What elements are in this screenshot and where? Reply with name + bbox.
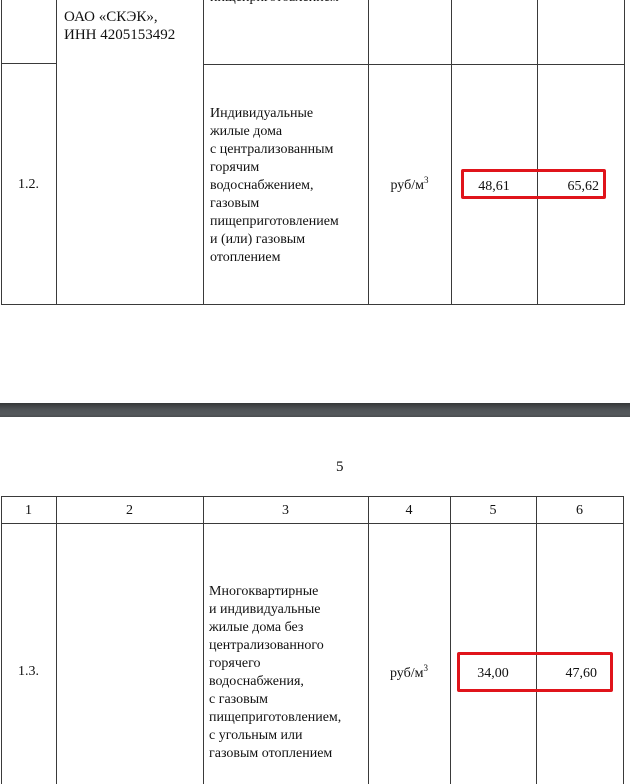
table-col-divider bbox=[451, 0, 452, 304]
description-line: газовым отоплением bbox=[209, 745, 332, 763]
description-line: Индивидуальные bbox=[210, 105, 313, 123]
prev-row-description-tail: пищеприготовлением bbox=[210, 0, 339, 7]
table-col-divider bbox=[203, 0, 204, 304]
header-col-2: 2 bbox=[56, 502, 203, 520]
table-col-divider bbox=[450, 496, 451, 784]
description-line: горячего bbox=[209, 655, 260, 673]
header-col-3: 3 bbox=[203, 502, 368, 520]
description-line: и (или) газовым bbox=[210, 231, 305, 249]
table-border-left bbox=[1, 496, 2, 784]
table-col-divider bbox=[536, 496, 537, 784]
table-col-divider bbox=[56, 496, 57, 784]
description-line: отоплением bbox=[210, 249, 281, 267]
table-border-left bbox=[1, 0, 2, 304]
document-page-top: пищеприготовлением ОАО «СКЭК», ИНН 42051… bbox=[0, 0, 630, 403]
unit-cell: руб/м3 bbox=[368, 177, 451, 195]
description-line: с централизованным bbox=[210, 141, 333, 159]
unit-label: руб/м bbox=[390, 178, 424, 193]
organization-inn: ИНН 4205153492 bbox=[64, 26, 175, 44]
description-line: Многоквартирные bbox=[209, 583, 318, 601]
row-divider bbox=[1, 63, 56, 64]
unit-superscript: 3 bbox=[424, 663, 429, 673]
unit-superscript: 3 bbox=[424, 175, 429, 185]
table-col-divider bbox=[537, 0, 538, 304]
description-line: горячим bbox=[210, 159, 259, 177]
table-border-right bbox=[624, 0, 625, 304]
table-border-top bbox=[1, 496, 624, 497]
page-separator bbox=[0, 403, 630, 417]
header-divider bbox=[1, 523, 624, 524]
header-col-4: 4 bbox=[368, 502, 450, 520]
page-number: 5 bbox=[336, 459, 344, 476]
highlight-box bbox=[461, 169, 606, 199]
description-line: жилые дома без bbox=[209, 619, 303, 637]
unit-label: руб/м bbox=[390, 666, 424, 681]
table-col-divider bbox=[368, 0, 369, 304]
description-line: жилые дома bbox=[210, 123, 282, 141]
table-col-divider bbox=[203, 496, 204, 784]
row-number: 1.2. bbox=[1, 176, 56, 194]
description-line: газовым bbox=[210, 195, 259, 213]
description-line: с угольным или bbox=[209, 727, 303, 745]
table-col-divider bbox=[56, 0, 57, 304]
highlight-box bbox=[457, 652, 613, 692]
header-col-1: 1 bbox=[1, 502, 56, 520]
table-col-divider bbox=[368, 496, 369, 784]
row-number: 1.3. bbox=[1, 663, 56, 681]
table-border-bottom bbox=[1, 304, 625, 305]
description-line: пищеприготовлением, bbox=[209, 709, 341, 727]
description-line: водоснабжения, bbox=[209, 673, 304, 691]
document-page-bottom: 5 1 2 3 4 5 6 1.3. Многоквартирные и инд… bbox=[0, 417, 630, 784]
header-col-5: 5 bbox=[450, 502, 536, 520]
description-line: водоснабжением, bbox=[210, 177, 314, 195]
header-col-6: 6 bbox=[536, 502, 623, 520]
row-divider bbox=[203, 64, 625, 65]
unit-cell: руб/м3 bbox=[368, 665, 450, 683]
organization-name: ОАО «СКЭК», bbox=[64, 8, 158, 26]
description-line: и индивидуальные bbox=[209, 601, 320, 619]
description-line: пищеприготовлением bbox=[210, 213, 339, 231]
description-line: централизованного bbox=[209, 637, 324, 655]
description-line: с газовым bbox=[209, 691, 268, 709]
table-border-right bbox=[623, 496, 624, 784]
